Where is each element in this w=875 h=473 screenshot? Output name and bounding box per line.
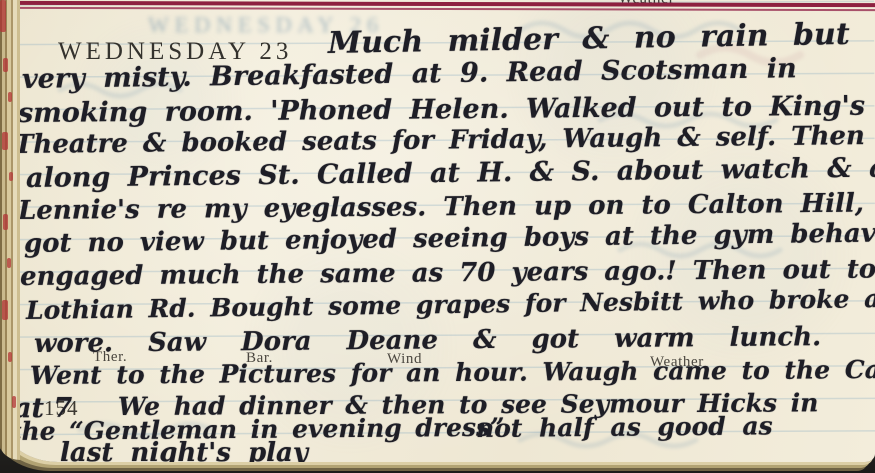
top-red-rule xyxy=(0,1,875,11)
red-edge-fleck xyxy=(2,300,8,320)
red-edge-fleck xyxy=(0,0,6,32)
red-edge-fleck xyxy=(7,258,11,268)
red-edge-fleck xyxy=(8,352,12,362)
red-edge-fleck xyxy=(3,58,8,72)
handwriting-line: not half as good as xyxy=(476,411,773,443)
red-edge-fleck xyxy=(9,172,13,181)
red-edge-fleck xyxy=(12,396,16,408)
red-edge-fleck xyxy=(8,92,12,102)
handwriting-line: along Princes St. Called at H. & S. abou… xyxy=(26,152,875,194)
handwriting-line: last night's play xyxy=(60,438,308,462)
red-edge-fleck xyxy=(2,132,8,150)
red-edge-fleck xyxy=(3,214,8,230)
handwriting-line: Went to the Pictures for an hour. Waugh … xyxy=(30,355,875,390)
diary-page: WEDNESDAY 26 Weather WEDNESDAY 23 Ther. … xyxy=(0,0,875,462)
photo-background: WEDNESDAY 26 Weather WEDNESDAY 23 Ther. … xyxy=(0,0,875,473)
